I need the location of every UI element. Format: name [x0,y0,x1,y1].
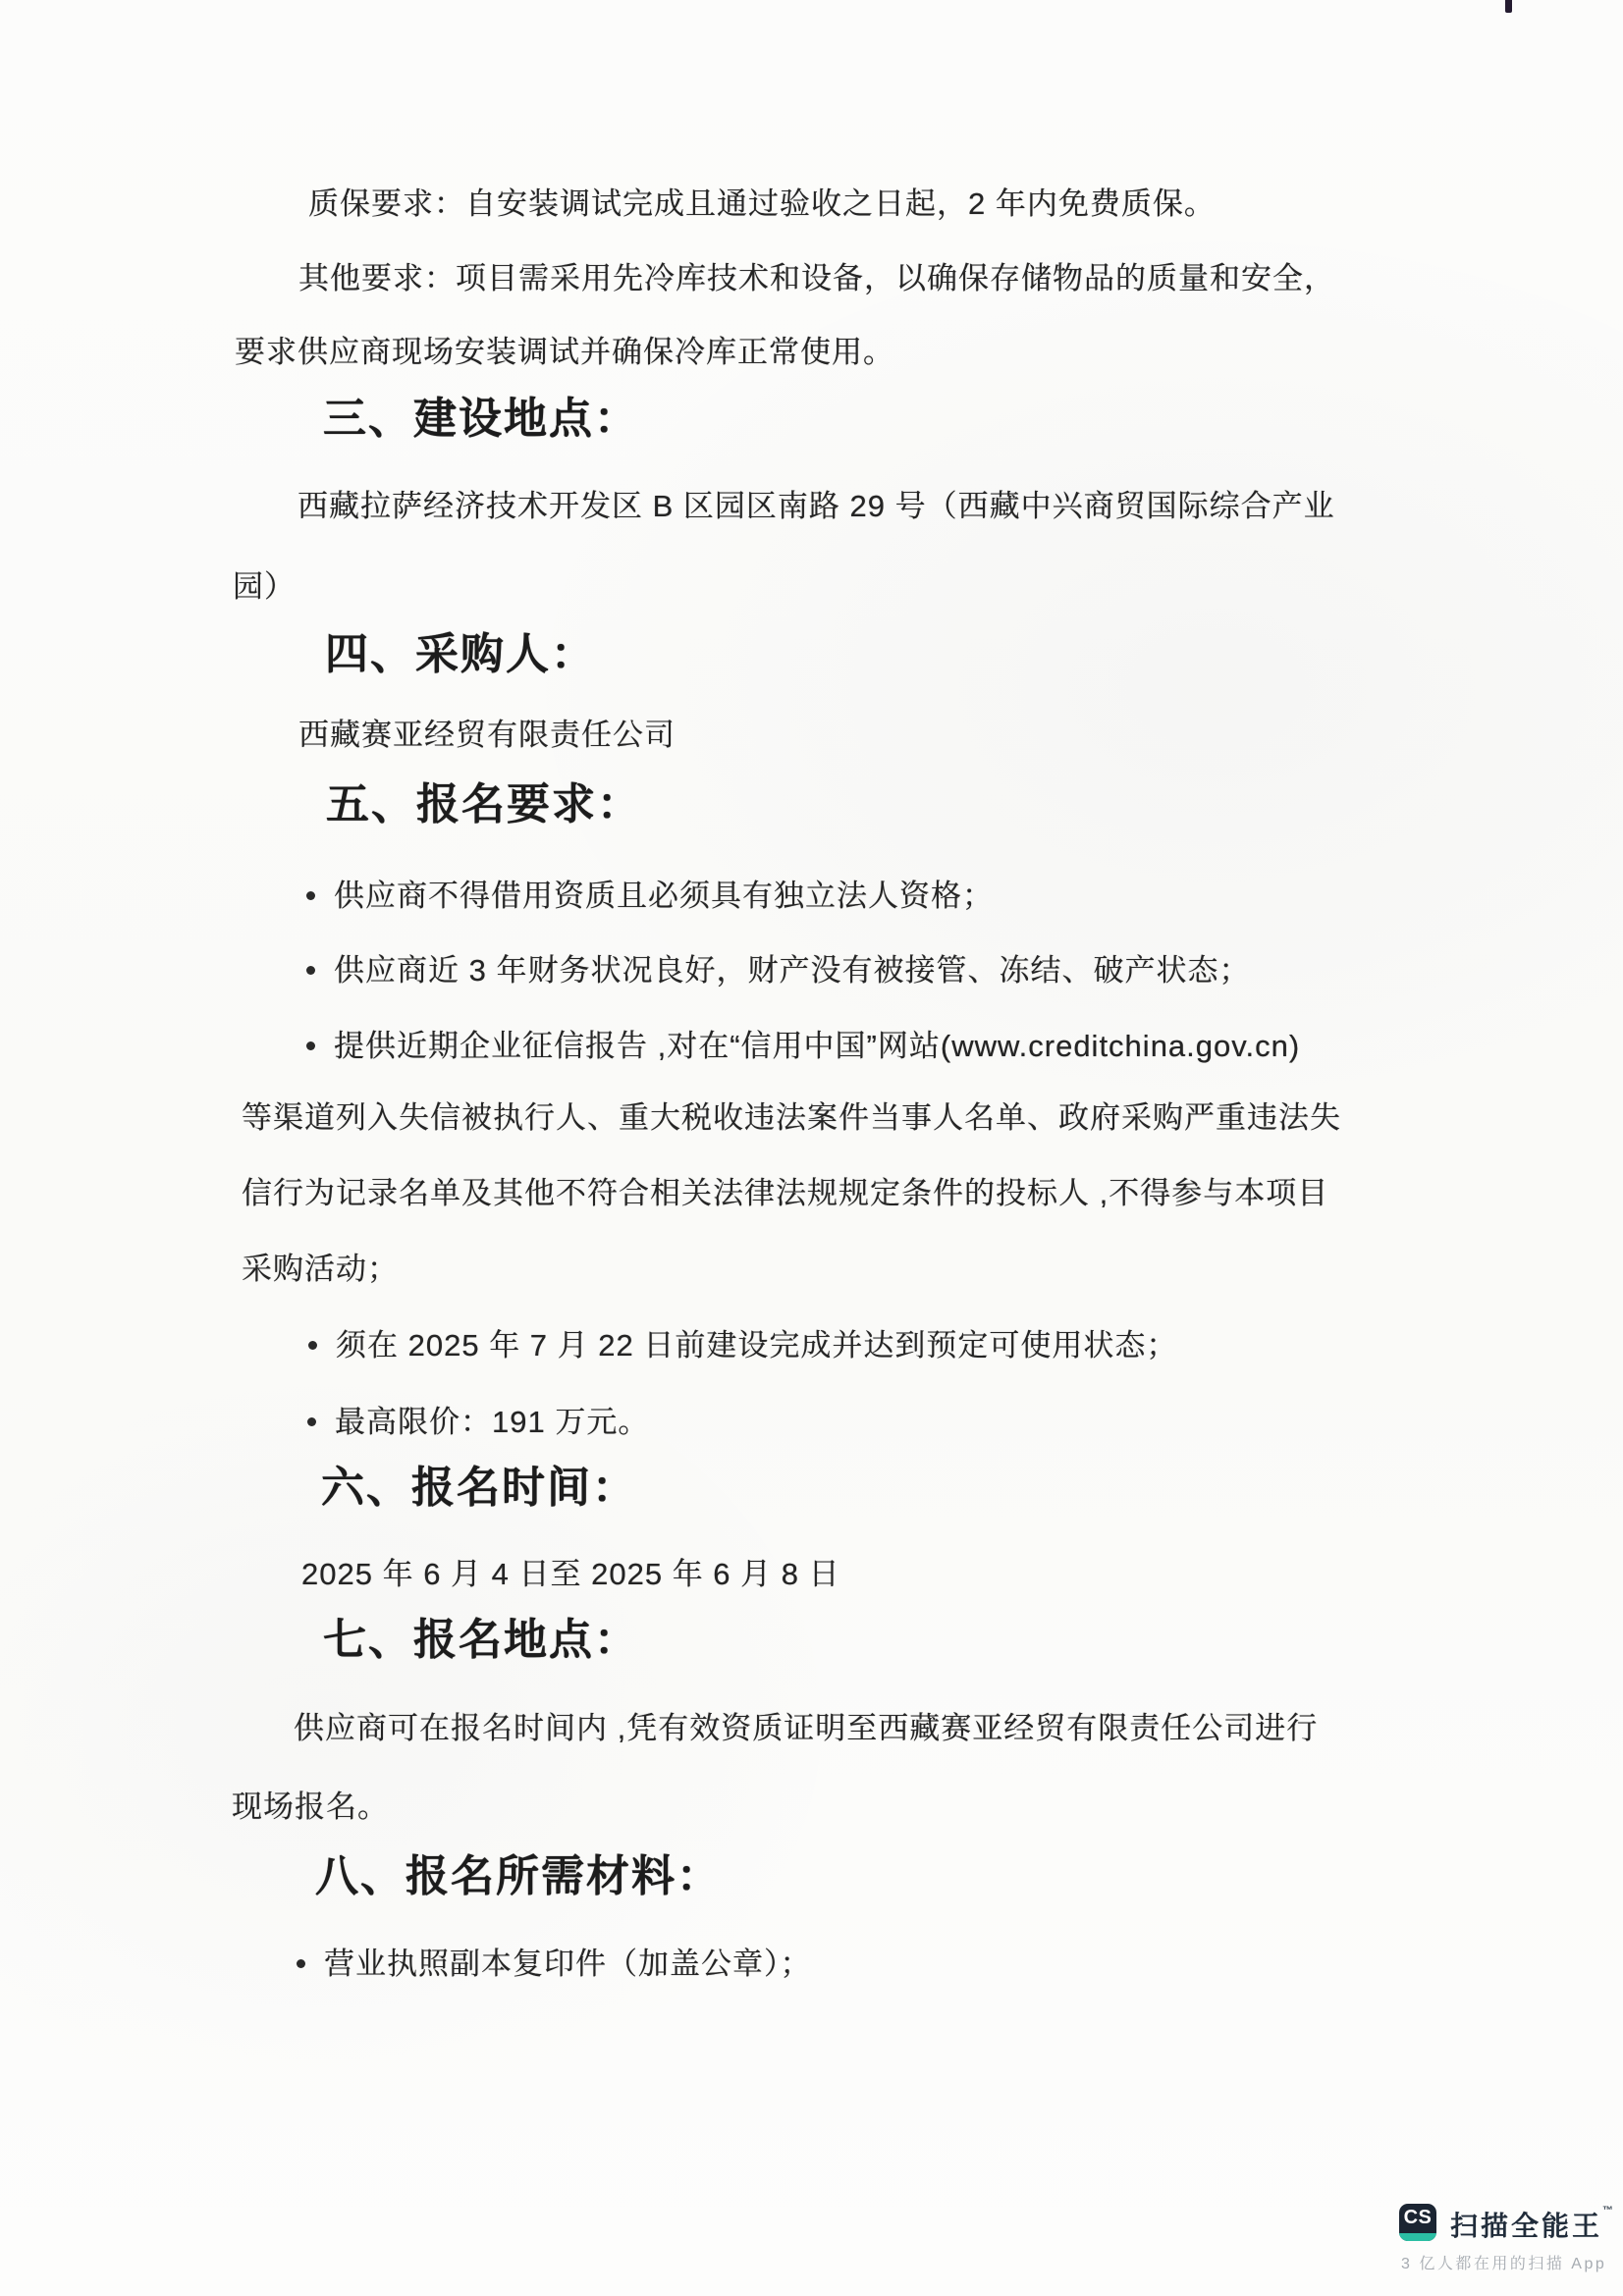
scan-edge-artifact [1505,0,1512,13]
bullet-icon [306,891,315,900]
bullet-item: 须在 2025 年 7 月 22 日前建设完成并达到预定可使用状态； [336,1328,1177,1363]
paragraph-line: 2025 年 6 月 4 日至 2025 年 6 月 8 日 [301,1557,840,1592]
paragraph-line: 供应商可在报名时间内 ,凭有效资质证明至西藏赛亚经贸有限责任公司进行 [294,1711,1318,1746]
bullet-text: 提供近期企业征信报告 ,对在“信用中国”网站(www.creditchina.g… [334,1029,1300,1063]
paragraph-line: 采购活动； [242,1252,399,1287]
camscanner-app-name-text: 扫描全能王 [1450,2211,1602,2241]
camscanner-watermark: CS 扫描全能王™ 3 亿人都在用的扫描 App [1399,2204,1623,2272]
bullet-text: 须在 2025 年 7 月 22 日前建设完成并达到预定可使用状态； [336,1328,1177,1362]
bullet-text: 供应商近 3 年财务状况良好，财产没有被接管、冻结、破产状态； [334,953,1250,988]
paragraph-line: 质保要求：自安装调试完成且通过验收之日起，2 年内免费质保。 [308,187,1216,222]
camscanner-logo-letters: CS [1399,2207,1436,2229]
paragraph-line: 信行为记录名单及其他不符合相关法律法规规定条件的投标人 ,不得参与本项目 [242,1176,1328,1211]
bullet-text: 营业执照副本复印件（加盖公章）； [324,1947,812,1981]
bullet-item: 供应商近 3 年财务状况良好，财产没有被接管、冻结、破产状态； [334,953,1250,988]
bullet-text: 最高限价：191 万元。 [335,1405,649,1439]
section-heading-registration-time: 六、报名时间： [321,1464,637,1514]
camscanner-logo-accent-strip [1399,2233,1436,2241]
bullet-text: 供应商不得借用资质且必须具有独立法人资格； [334,879,994,913]
paragraph-line: 现场报名。 [232,1789,389,1825]
section-heading-purchaser: 四、采购人： [325,630,596,680]
camscanner-tagline: 3 亿人都在用的扫描 App [1401,2251,1606,2273]
bullet-icon [306,1041,315,1050]
bullet-icon [308,1341,317,1350]
paragraph-line: 要求供应商现场安装调试并确保冷库正常使用。 [235,335,894,370]
paragraph-line: 等渠道列入失信被执行人、重大税收违法案件当事人名单、政府采购严重违法失 [242,1100,1341,1136]
trademark-symbol: ™ [1602,2205,1613,2216]
paragraph-line: 西藏赛亚经贸有限责任公司 [298,718,676,753]
bullet-icon [306,966,315,975]
bullet-item: 最高限价：191 万元。 [335,1405,649,1440]
paragraph-line: 其他要求：项目需采用先冷库技术和设备，以确保存储物品的质量和安全， [298,261,1335,296]
bullet-icon [307,1417,316,1426]
bullet-item: 提供近期企业征信报告 ,对在“信用中国”网站(www.creditchina.g… [334,1029,1300,1064]
section-heading-construction-site: 三、建设地点： [323,395,639,445]
bullet-icon [297,1959,305,1968]
scanned-document-page: { "document": { "lines": [ {"type":"para… [0,0,1623,2296]
paragraph-line: 西藏拉萨经济技术开发区 B 区园区南路 29 号（西藏中兴商贸国际综合产业 [298,489,1335,524]
section-heading-registration-place: 七、报名地点： [323,1616,639,1666]
camscanner-logo-icon: CS [1399,2204,1436,2241]
section-heading-required-materials: 八、报名所需材料： [315,1852,722,1902]
bullet-item: 供应商不得借用资质且必须具有独立法人资格； [334,879,994,914]
camscanner-app-name: 扫描全能王™ [1450,2205,1613,2244]
bullet-item: 营业执照副本复印件（加盖公章）； [324,1947,812,1982]
paragraph-line: 园） [233,569,296,605]
section-heading-registration-requirements: 五、报名要求： [326,780,642,830]
